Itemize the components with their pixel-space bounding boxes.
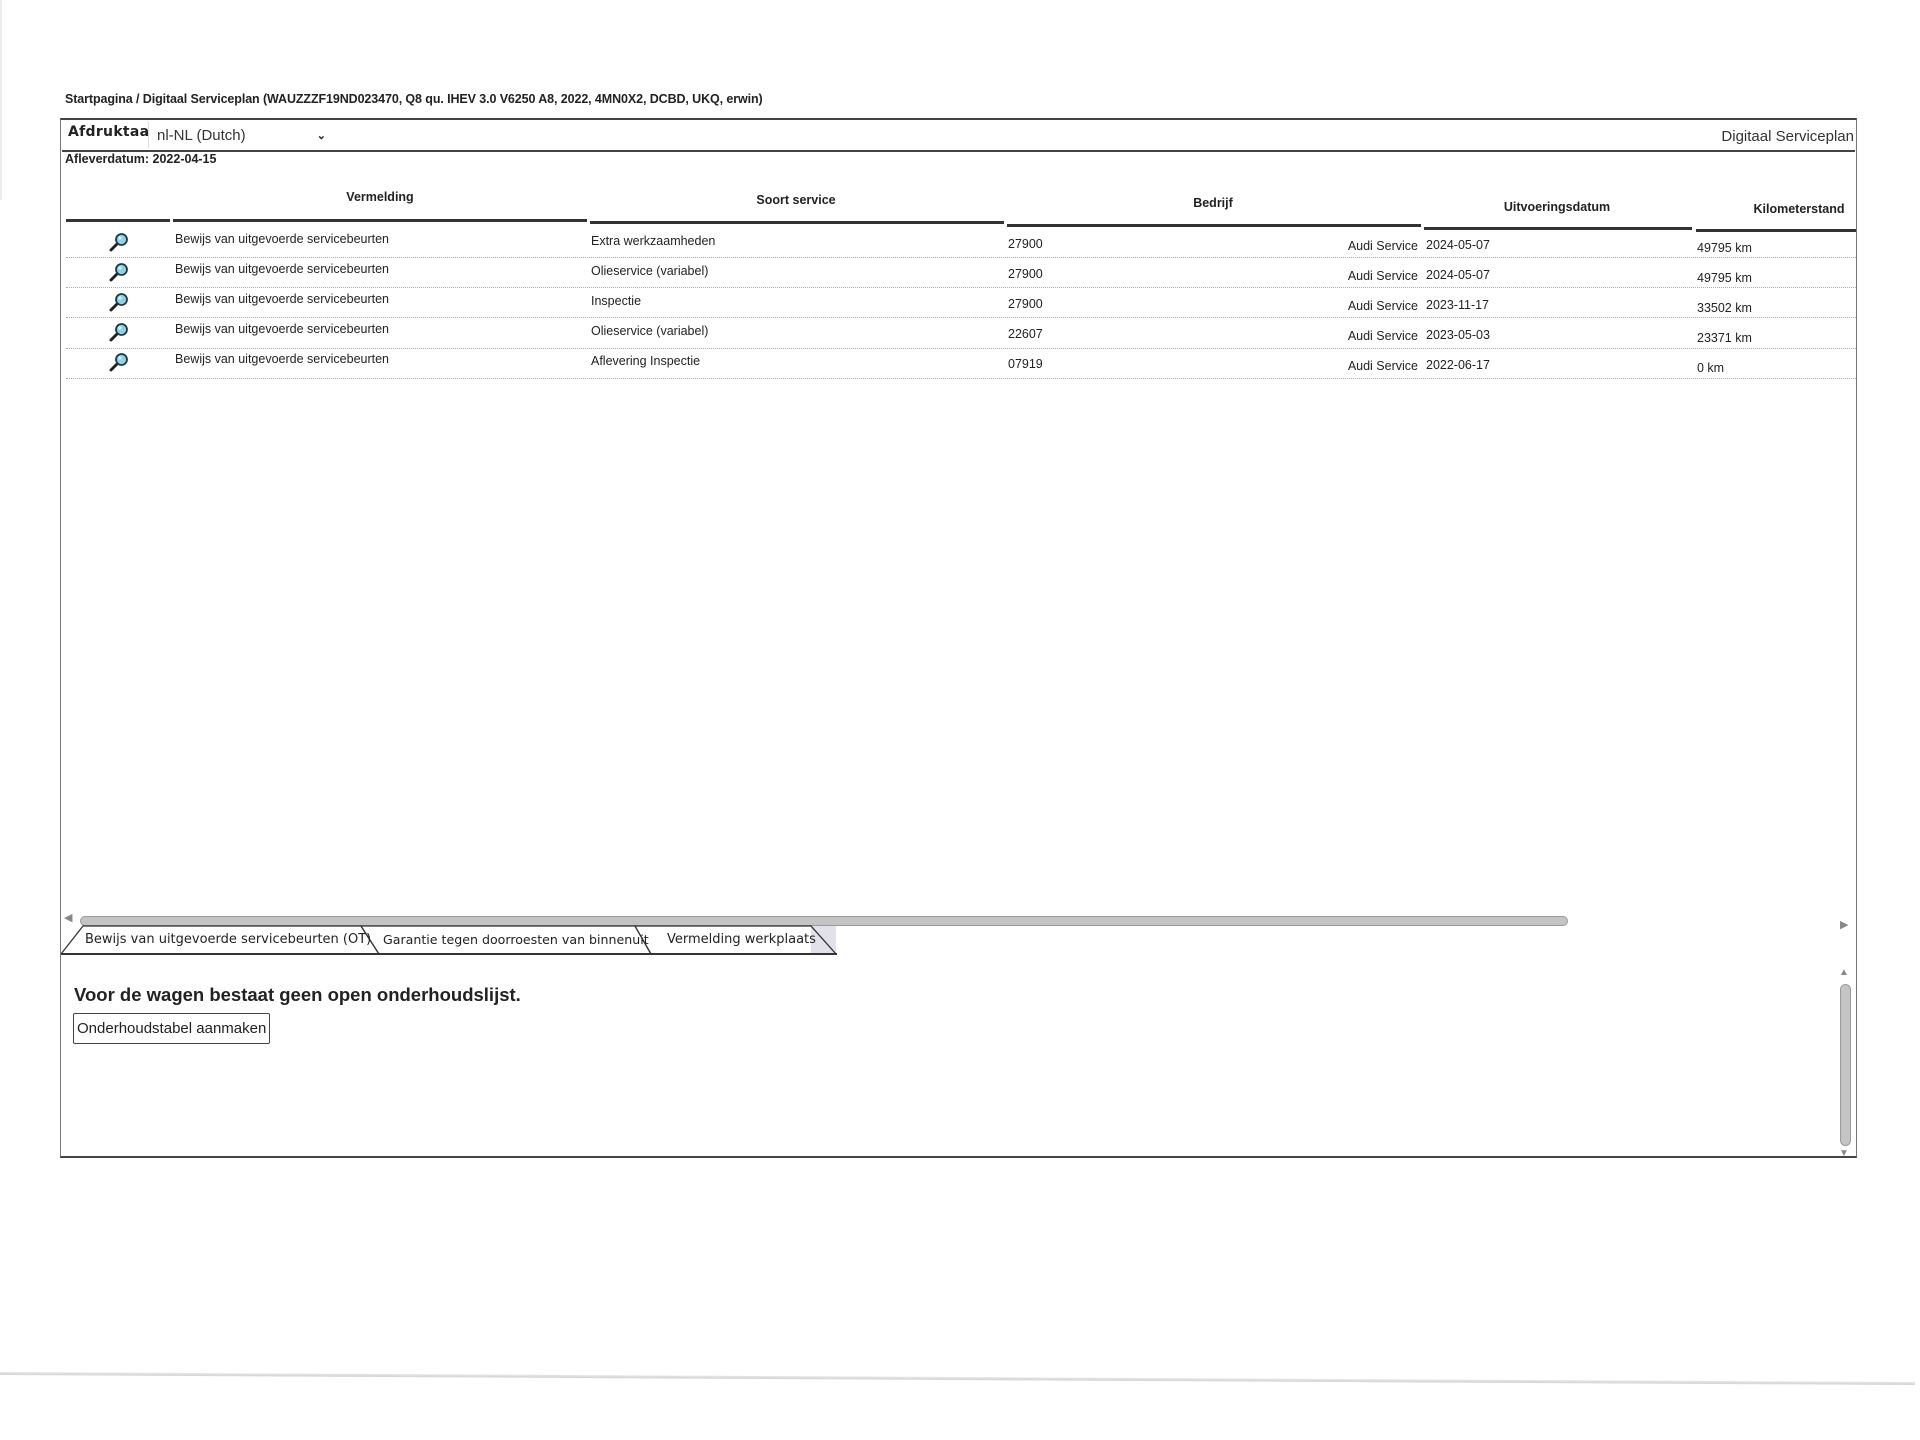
cell-vermelding: Bewijs van uitgevoerde servicebeurten (175, 292, 389, 306)
row-view-button[interactable] (108, 291, 130, 316)
print-language-label: Afdruktaal: (68, 124, 160, 140)
row-view-button[interactable] (108, 231, 130, 256)
column-header-uitvoeringsdatum: Uitvoeringsdatum (1504, 200, 1610, 214)
tab-bewijs-servicebeurten[interactable]: Bewijs van uitgevoerde servicebeurten (O… (85, 924, 371, 954)
cell-bedrijf-nummer: 27900 (1008, 267, 1043, 281)
tab-strip-underline (61, 953, 837, 955)
header-underline (1007, 224, 1421, 227)
row-divider (66, 287, 1856, 288)
cell-bedrijf-naam: Audi Service (1348, 239, 1418, 253)
create-maintenance-table-button[interactable]: Onderhoudstabel aanmaken (73, 1013, 270, 1044)
cell-bedrijf-naam: Audi Service (1348, 359, 1418, 373)
cell-soort-service: Aflevering Inspectie (591, 354, 700, 368)
cell-vermelding: Bewijs van uitgevoerde servicebeurten (175, 262, 389, 276)
cell-kilometerstand: 49795 km (1697, 241, 1752, 255)
cell-kilometerstand: 0 km (1697, 361, 1724, 375)
column-header-kilometerstand: Kilometerstand (1754, 202, 1845, 216)
scan-edge-mark (0, 0, 2, 200)
row-divider (66, 317, 1856, 318)
cell-soort-service: Olieservice (variabel) (591, 324, 708, 338)
cell-uitvoeringsdatum: 2023-11-17 (1426, 298, 1489, 312)
row-view-button[interactable] (108, 321, 130, 346)
cell-bedrijf-naam: Audi Service (1348, 299, 1418, 313)
scroll-left-arrow-icon[interactable]: ◀ (64, 911, 72, 924)
delivery-date: Afleverdatum: 2022-04-15 (65, 152, 216, 166)
cell-vermelding: Bewijs van uitgevoerde servicebeurten (175, 352, 389, 366)
header-underline (1696, 229, 1856, 232)
cell-uitvoeringsdatum: 2024-05-07 (1426, 238, 1490, 252)
row-divider (66, 378, 1856, 379)
cell-uitvoeringsdatum: 2024-05-07 (1426, 268, 1490, 282)
row-view-button[interactable] (108, 261, 130, 286)
cell-bedrijf-naam: Audi Service (1348, 269, 1418, 283)
cell-bedrijf-nummer: 07919 (1008, 357, 1043, 371)
magnifier-icon (108, 231, 130, 253)
cell-kilometerstand: 49795 km (1697, 271, 1752, 285)
magnifier-icon (108, 351, 130, 373)
print-language-value: nl-NL (Dutch) (157, 127, 246, 144)
cell-soort-service: Extra werkzaamheden (591, 234, 715, 248)
cell-soort-service: Olieservice (variabel) (591, 264, 708, 278)
cell-kilometerstand: 33502 km (1697, 301, 1752, 315)
tab-garantie-doorroesten[interactable]: Garantie tegen doorroesten van binnenuit (383, 924, 649, 954)
row-view-button[interactable] (108, 351, 130, 376)
cell-bedrijf-naam: Audi Service (1348, 329, 1418, 343)
scroll-down-arrow-icon[interactable]: ▼ (1839, 1148, 1849, 1159)
chevron-down-icon: ⌄ (317, 129, 326, 142)
cell-bedrijf-nummer: 27900 (1008, 237, 1043, 251)
cell-vermelding: Bewijs van uitgevoerde servicebeurten (175, 322, 389, 336)
column-header-vermelding: Vermelding (346, 190, 413, 204)
vertical-scrollbar-thumb[interactable] (1840, 984, 1851, 1146)
tab-vermelding-werkplaats[interactable]: Vermelding werkplaats (667, 924, 816, 954)
header-underline (66, 219, 170, 222)
cell-uitvoeringsdatum: 2022-06-17 (1426, 358, 1490, 372)
cell-kilometerstand: 23371 km (1697, 331, 1752, 345)
scroll-up-arrow-icon[interactable]: ▲ (1839, 967, 1849, 978)
magnifier-icon (108, 261, 130, 283)
cell-vermelding: Bewijs van uitgevoerde servicebeurten (175, 232, 389, 246)
cell-bedrijf-nummer: 22607 (1008, 327, 1043, 341)
header-underline (1424, 227, 1692, 230)
breadcrumb[interactable]: Startpagina / Digitaal Serviceplan (WAUZ… (65, 92, 763, 106)
no-maintenance-list-message: Voor de wagen bestaat geen open onderhou… (74, 984, 521, 1006)
cell-uitvoeringsdatum: 2023-05-03 (1426, 328, 1490, 342)
scroll-right-arrow-icon[interactable]: ▶ (1840, 918, 1848, 931)
app-title: Digitaal Serviceplan (1721, 128, 1854, 145)
magnifier-icon (108, 291, 130, 313)
row-divider (66, 257, 1856, 258)
cell-soort-service: Inspectie (591, 294, 641, 308)
header-underline (173, 219, 587, 222)
column-header-soort-service: Soort service (756, 193, 835, 207)
tab-bar: Bewijs van uitgevoerde servicebeurten (O… (61, 924, 837, 956)
print-language-select[interactable]: nl-NL (Dutch) ⌄ (148, 122, 334, 148)
header-underline (590, 221, 1004, 224)
column-header-bedrijf: Bedrijf (1193, 196, 1233, 210)
scan-artifact-line (0, 1372, 1915, 1385)
cell-bedrijf-nummer: 27900 (1008, 297, 1043, 311)
row-divider (66, 348, 1856, 349)
magnifier-icon (108, 321, 130, 343)
